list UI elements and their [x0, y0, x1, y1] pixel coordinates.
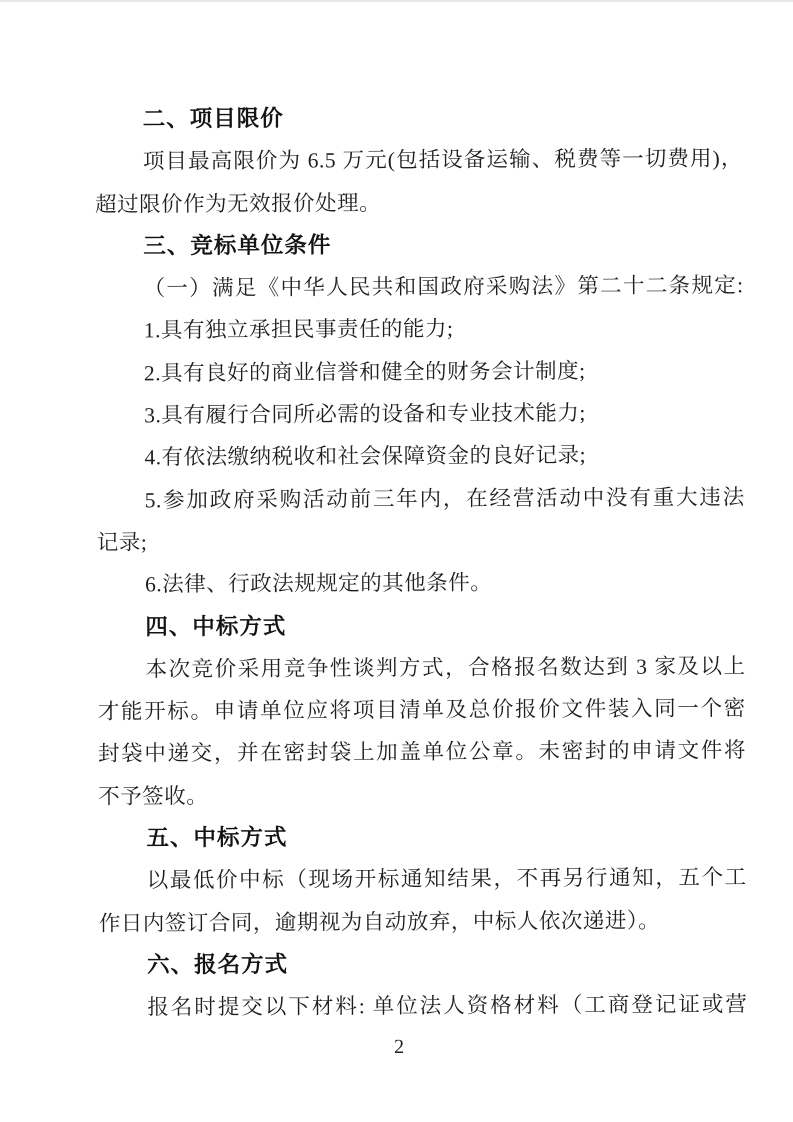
text-line: 记录;	[97, 518, 745, 564]
section-heading: 六、报名方式	[99, 941, 747, 987]
section-heading: 五、中标方式	[98, 814, 746, 860]
text-line: 项目最高限价为 6.5 万元(包括设备运输、税费等一切费用)，	[95, 137, 743, 183]
text-line: 作日内签订合同，逾期视为自动放弃，中标人依次递进）。	[99, 899, 747, 945]
page-number: 2	[2, 1024, 793, 1070]
section-heading: 四、中标方式	[97, 603, 745, 649]
text-line: 才能开标。申请单位应将项目清单及总价报价文件装入同一个密	[98, 687, 746, 733]
text-line: 6.法律、行政法规规定的其他条件。	[97, 560, 745, 606]
section-heading: 三、竞标单位条件	[95, 222, 743, 268]
scanned-sheet: 二、项目限价项目最高限价为 6.5 万元(包括设备运输、税费等一切费用)，超过限…	[0, 0, 793, 1122]
text-line: 封袋中递交，并在密封袋上加盖单位公章。未密封的申请文件将	[98, 730, 746, 776]
text-line: 不予签收。	[98, 772, 746, 818]
text-line: 2.具有良好的商业信誉和健全的财务会计制度;	[96, 349, 744, 395]
text-line: 4.有依法缴纳税收和社会保障资金的良好记录;	[96, 434, 744, 480]
text-line: 以最低价中标（现场开标通知结果，不再另行通知，五个工	[99, 857, 747, 903]
document-page: 二、项目限价项目最高限价为 6.5 万元(包括设备运输、税费等一切费用)，超过限…	[0, 0, 793, 1122]
text-line: 5.参加政府采购活动前三年内，在经营活动中没有重大违法	[97, 476, 745, 522]
document-content: 二、项目限价项目最高限价为 6.5 万元(包括设备运输、税费等一切费用)，超过限…	[95, 95, 748, 1029]
text-line: 本次竞价采用竞争性谈判方式，合格报名数达到 3 家及以上	[97, 645, 745, 691]
text-line: 报名时提交以下材料: 单位法人资格材料（工商登记证或营	[99, 983, 747, 1029]
text-line: 3.具有履行合同所必需的设备和专业技术能力;	[96, 391, 744, 437]
text-line: 1.具有独立承担民事责任的能力;	[96, 307, 744, 353]
text-line: 超过限价作为无效报价处理。	[95, 180, 743, 226]
section-heading: 二、项目限价	[95, 95, 743, 141]
text-line: （一）满足《中华人民共和国政府采购法》第二十二条规定:	[95, 264, 743, 310]
